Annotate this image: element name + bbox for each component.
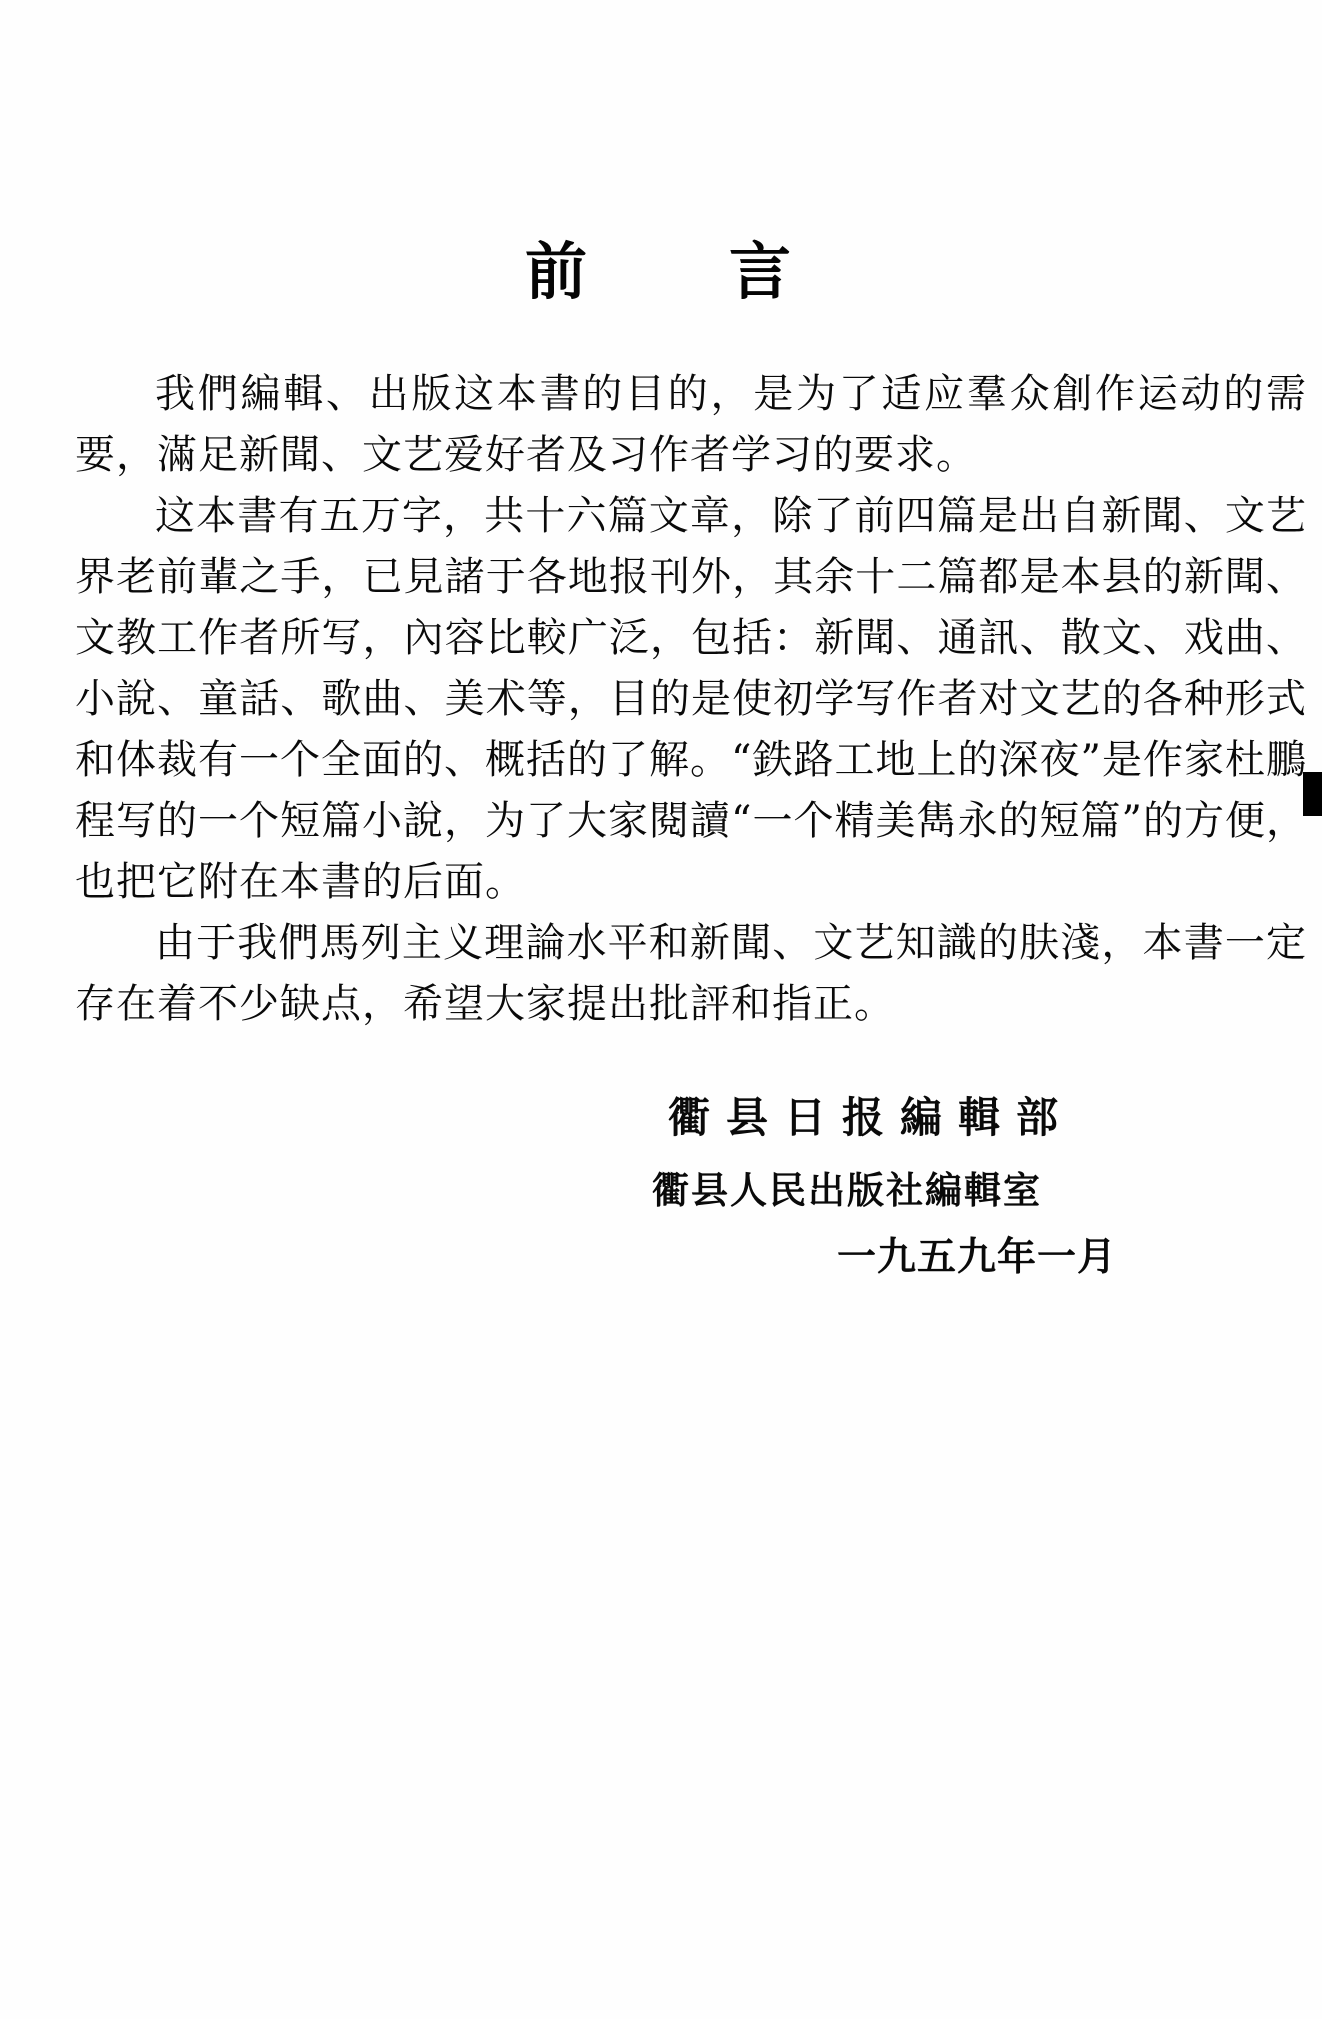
signature-publishing-office: 衢县人民出版社編輯室 bbox=[0, 1166, 1322, 1214]
preface-body: 我們編輯、出版这本書的目的，是为了适应羣众創作运动的需要，滿足新聞、文艺爱好者及… bbox=[75, 364, 1307, 1035]
paragraph-1: 我們編輯、出版这本書的目的，是为了适应羣众創作运动的需要，滿足新聞、文艺爱好者及… bbox=[75, 364, 1307, 486]
book-page: 前 言 我們編輯、出版这本書的目的，是为了适应羣众創作运动的需要，滿足新聞、文艺… bbox=[0, 0, 1322, 2019]
publication-date: 一九五九年一月 bbox=[0, 1232, 1322, 1282]
ink-smudge-artifact bbox=[1303, 772, 1322, 816]
page-title: 前 言 bbox=[0, 222, 1322, 311]
signature-editorial-dept: 衢县日报編輯部 bbox=[0, 1092, 1322, 1144]
signature-block: 衢县日报編輯部 衢县人民出版社編輯室 一九五九年一月 bbox=[0, 1092, 1322, 1282]
paragraph-2: 这本書有五万字，共十六篇文章，除了前四篇是出自新聞、文艺界老前輩之手，已見諸于各… bbox=[75, 486, 1307, 913]
paragraph-3: 由于我們馬列主义理論水平和新聞、文艺知識的肤淺，本書一定存在着不少缺点，希望大家… bbox=[75, 913, 1307, 1035]
